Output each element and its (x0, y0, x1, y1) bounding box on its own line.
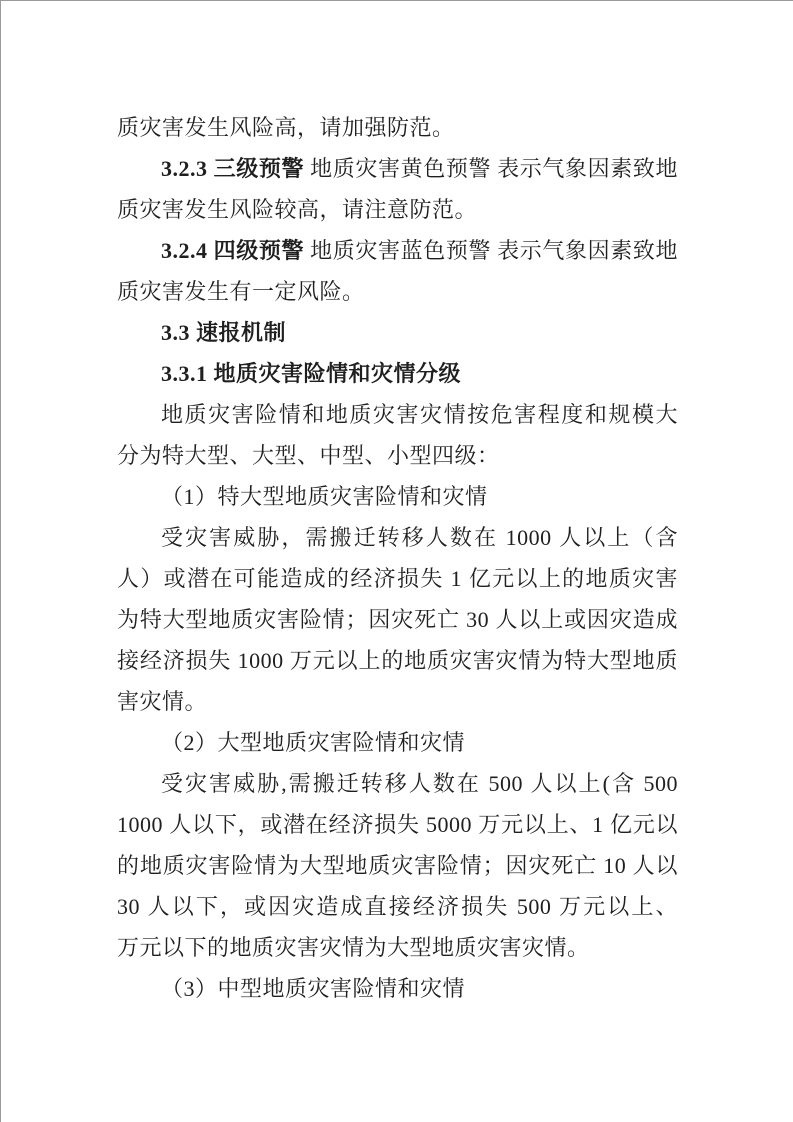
text-line: 受灾害威胁，需搬迁转移人数在 1000 人以上（含 1000 (117, 517, 678, 558)
heading-3-3-1: 3.3.1 地质灾害险情和灾情分级 (117, 353, 678, 394)
clause-3-2-4-line: 3.2.4 四级预警 地质灾害蓝色预警 表示气象因素致地 (117, 230, 678, 271)
clause-3-2-3-line: 3.2.3 三级预警 地质灾害黄色预警 表示气象因素致地 (117, 148, 678, 189)
clause-number-label: 3.2.4 四级预警 (161, 238, 304, 263)
document-page: 质灾害发生风险高，请加强防范。 3.2.3 三级预警 地质灾害黄色预警 表示气象… (0, 0, 793, 1122)
text-line: 万元以下的地质灾害灾情为大型地质灾害灾情。 (117, 927, 678, 968)
page-left-edge-line (0, 0, 1, 1122)
heading-3-3: 3.3 速报机制 (117, 312, 678, 353)
text-line: 质灾害发生风险较高，请注意防范。 (117, 189, 678, 230)
list-item-3-heading: （3）中型地质灾害险情和灾情 (117, 968, 678, 1009)
text-line: 害灾情。 (117, 681, 678, 722)
text-line: 1000 人以下，或潜在经济损失 5000 万元以上、1 亿元以下 (117, 804, 678, 845)
page-top-edge-line (0, 0, 793, 1)
text-line: 接经济损失 1000 万元以上的地质灾害灾情为特大型地质灾 (117, 640, 678, 681)
text-line: 30 人以下，或因灾造成直接经济损失 500 万元以上、1000 (117, 886, 678, 927)
list-item-1-heading: （1）特大型地质灾害险情和灾情 (117, 476, 678, 517)
text-line: 为特大型地质灾害险情；因灾死亡 30 人以上或因灾造成直 (117, 599, 678, 640)
text-line: 人）或潜在可能造成的经济损失 1 亿元以上的地质灾害险情 (117, 558, 678, 599)
text-line: 受灾害威胁,需搬迁转移人数在 500 人以上(含 500 人)、 (117, 763, 678, 804)
text-line: 质灾害发生风险高，请加强防范。 (117, 107, 678, 148)
text-line: 的地质灾害险情为大型地质灾害险情；因灾死亡 10 人以上、 (117, 845, 678, 886)
text-line: 地质灾害险情和地质灾害灾情按危害程度和规模大小 (117, 394, 678, 435)
document-text-block: 质灾害发生风险高，请加强防范。 3.2.3 三级预警 地质灾害黄色预警 表示气象… (117, 107, 678, 1009)
clause-number-label: 3.2.3 三级预警 (161, 156, 304, 181)
text-line: 质灾害发生有一定风险。 (117, 271, 678, 312)
list-item-2-heading: （2）大型地质灾害险情和灾情 (117, 722, 678, 763)
text-line: 分为特大型、大型、中型、小型四级： (117, 435, 678, 476)
